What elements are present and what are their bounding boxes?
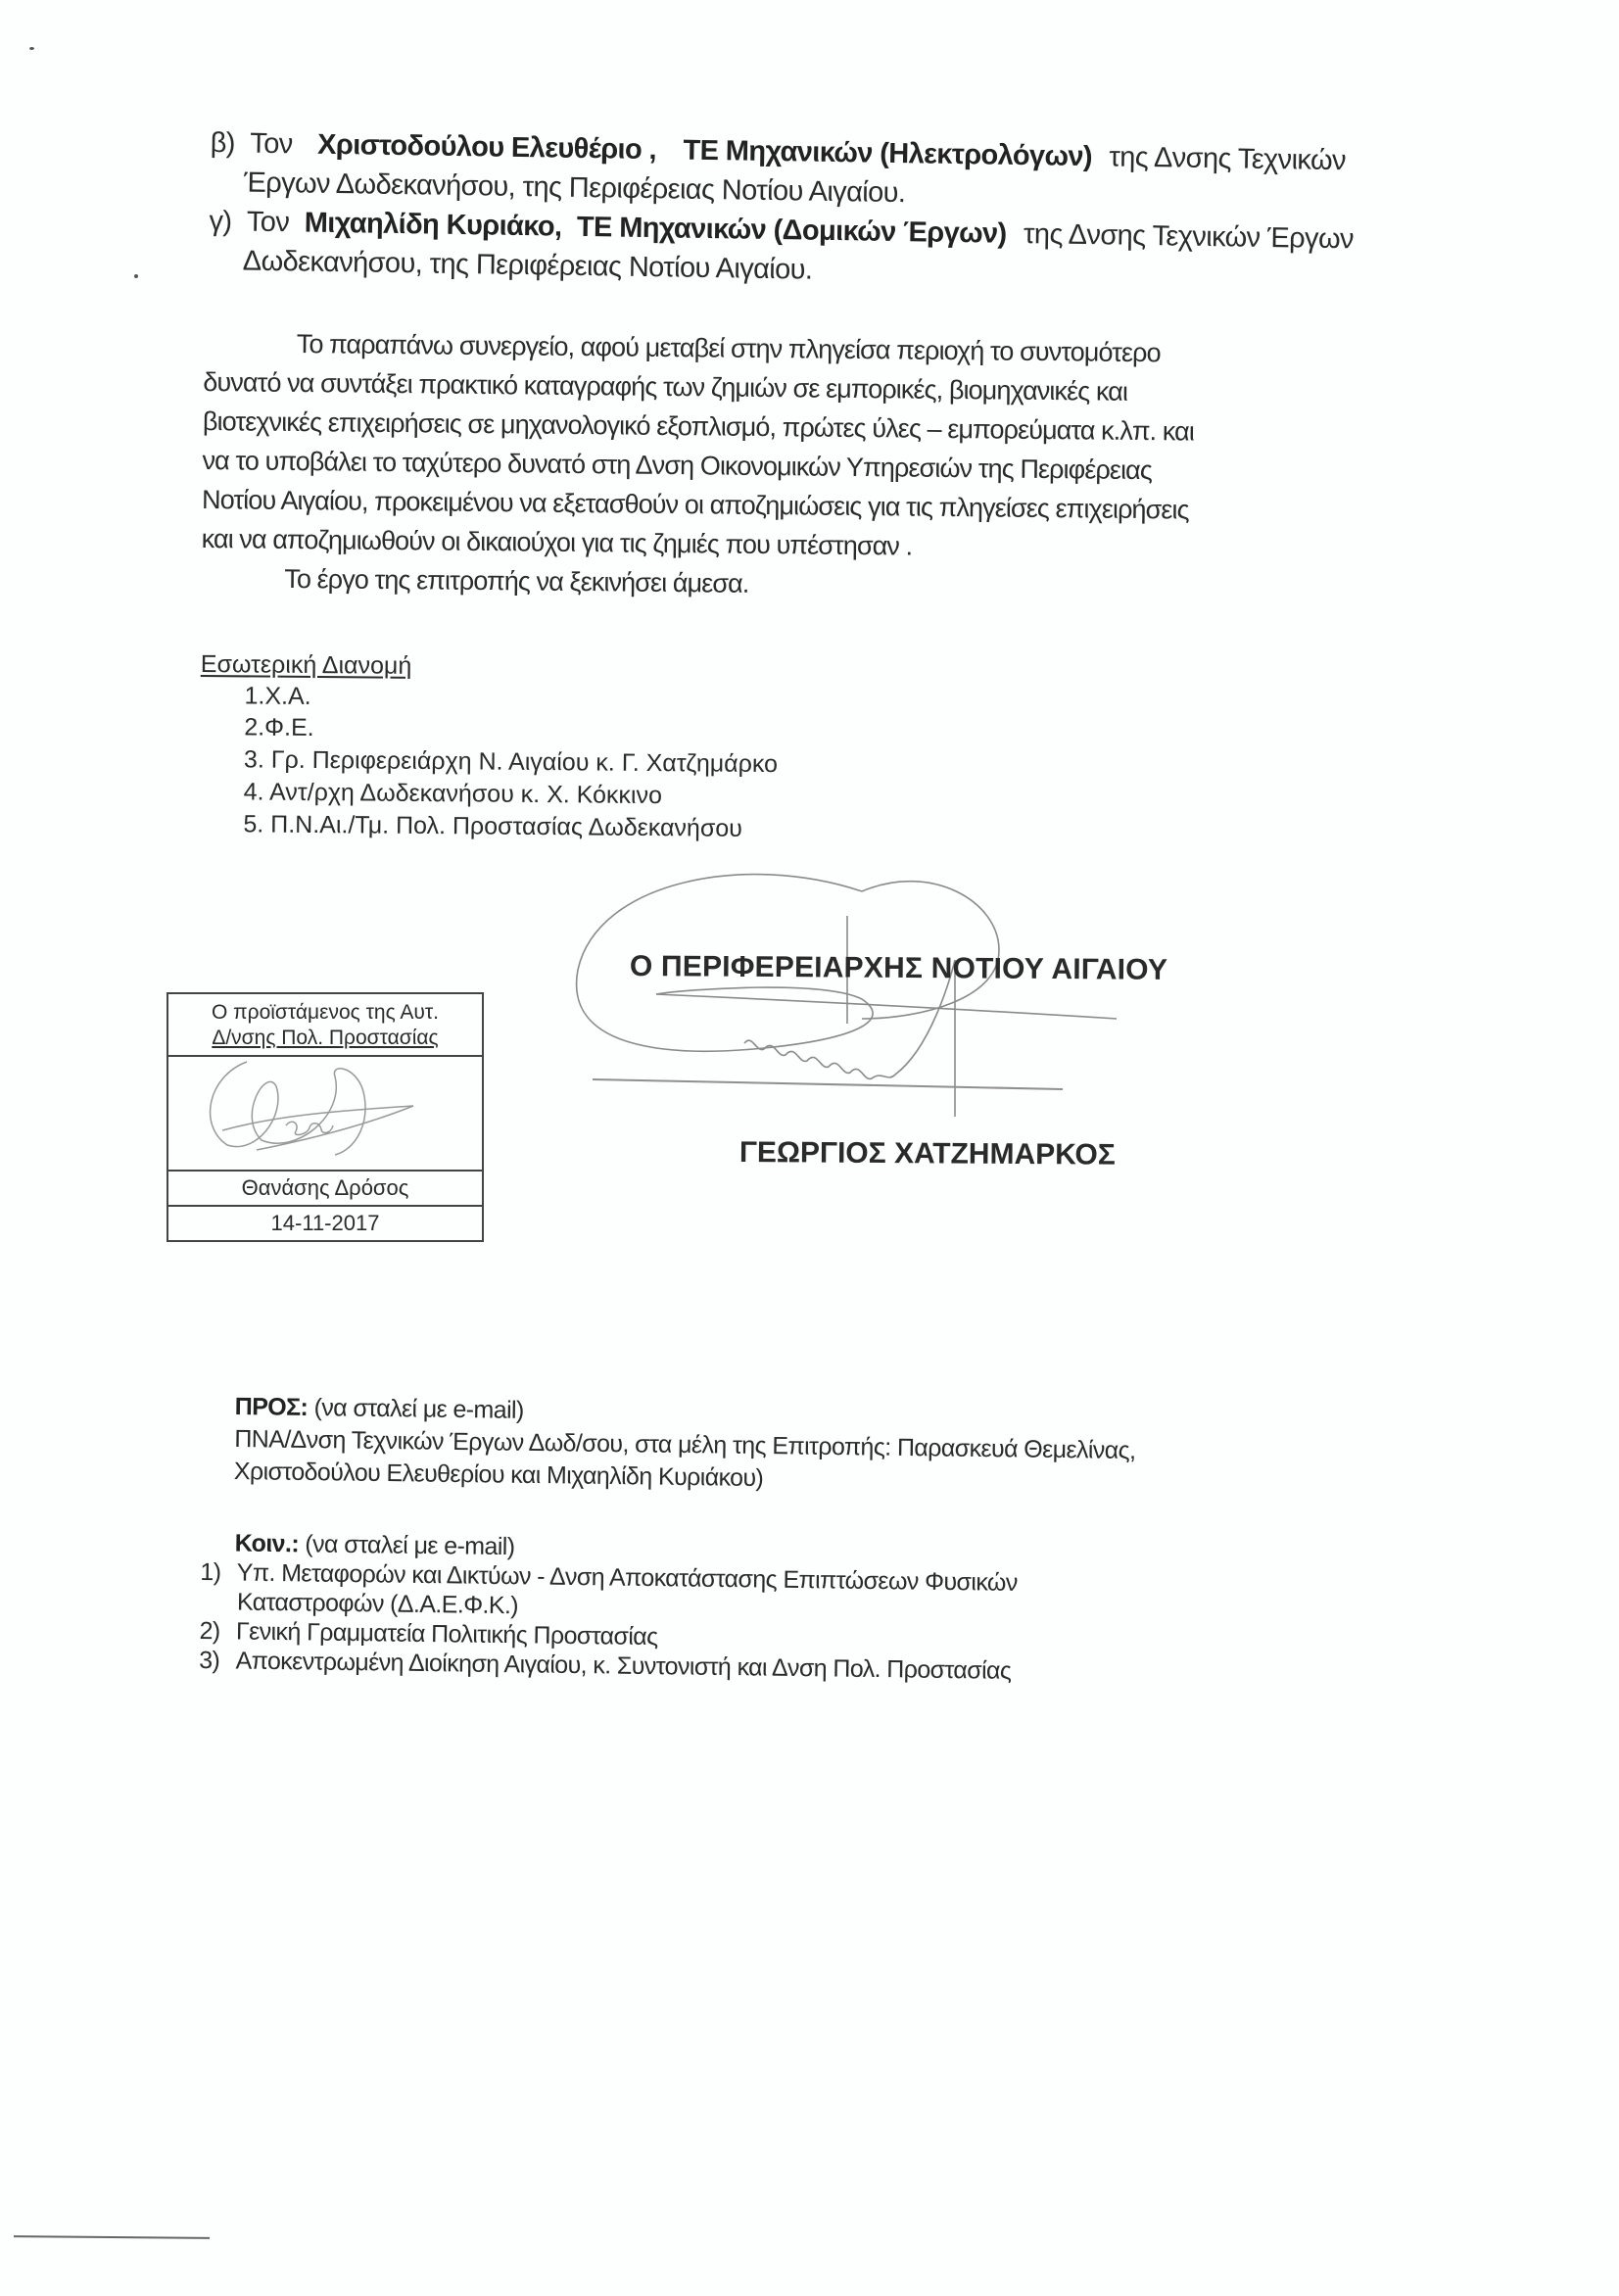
stamp-header-line: Ο προϊστάμενος της Αυτ.: [172, 1000, 478, 1026]
member-name: Μιχαηλίδη Κυριάκο,: [304, 208, 561, 243]
stamp-signature-area: [168, 1057, 482, 1172]
cc-label: Κοιν.:: [235, 1529, 300, 1557]
distribution-item: 5. Π.Ν.Αι./Τμ. Πολ. Προστασίας Δωδεκανήσ…: [243, 806, 742, 845]
body-line: Το παραπάνω συνεργείο, αφού μεταβεί στην…: [297, 326, 1161, 370]
stamp-date: 14-11-2017: [168, 1207, 482, 1240]
approval-stamp: Ο προϊστάμενος της Αυτ. Δ/νσης Πολ. Προσ…: [167, 992, 484, 1242]
member-role: ΤΕ Μηχανικών (Ηλεκτρολόγων): [683, 135, 1092, 173]
member-b-line2: Έργων Δωδεκανήσου, της Περιφέρειας Νοτίο…: [244, 166, 906, 212]
body-line: Το έργο της επιτροπής να ξεκινήσει άμεσα…: [284, 561, 749, 601]
member-prefix: Τον: [250, 128, 293, 161]
governor-title: Ο ΠΕΡΙΦΕΡΕΙΑΡΧΗΣ ΝΟΤΙΟΥ ΑΙΓΑΙΟΥ: [630, 950, 1167, 987]
member-role: ΤΕ Μηχανικών (Δομικών Έργων): [577, 212, 1007, 250]
member-marker: γ): [209, 206, 231, 237]
member-c-line2: Δωδεκανήσου, της Περιφέρειας Νοτίου Αιγα…: [243, 244, 813, 288]
body-line: δυνατό να συντάξει πρακτικό καταγραφής τ…: [203, 364, 1127, 409]
cc-item: 3) Αποκεντρωμένη Διοίκηση Αιγαίου, κ. Συ…: [199, 1643, 1012, 1689]
body-line: βιοτεχνικές επιχειρήσεις σε μηχανολογικό…: [203, 404, 1194, 450]
to-label: ΠΡΟΣ:: [235, 1393, 309, 1421]
to-note: (να σταλεί με e-mail): [313, 1394, 523, 1424]
body-line: Νοτίου Αιγαίου, προκειμένου να εξετασθού…: [202, 482, 1189, 528]
member-name: Χριστοδούλου Ελευθέριο ,: [317, 129, 656, 166]
cc-item-number: 1): [200, 1558, 220, 1586]
document-page: β) Τον Χριστοδούλου Ελευθέριο , ΤΕ Μηχαν…: [0, 0, 1619, 2296]
scan-speck: [134, 274, 138, 278]
distribution-item: 2.Φ.Ε.: [244, 709, 314, 745]
to-line: Χριστοδούλου Ελευθερίου και Μιχαηλίδη Κυ…: [234, 1454, 764, 1496]
member-prefix: Τον: [247, 207, 290, 239]
cc-item-number: 3): [199, 1647, 219, 1674]
body-line: και να αποζημιωθούν οι δικαιούχοι για τι…: [202, 521, 913, 564]
cc-item-text: Αποκεντρωμένη Διοίκηση Αιγαίου, κ. Συντο…: [235, 1647, 1011, 1684]
governor-name: ΓΕΩΡΓΙΟΣ ΧΑΤΖΗΜΑΡΚΟΣ: [739, 1136, 1116, 1172]
scan-speck: [29, 47, 34, 50]
member-dept: της Δνσης Τεχνικών Έργων: [1024, 218, 1354, 255]
stamp-header-line: Δ/νσης Πολ. Προστασίας: [172, 1026, 478, 1051]
cc-item-number: 2): [199, 1617, 219, 1645]
stamp-signer-name: Θανάσης Δρόσος: [168, 1172, 482, 1207]
stamp-header: Ο προϊστάμενος της Αυτ. Δ/νσης Πολ. Προσ…: [168, 994, 482, 1057]
member-dept: της Δνσης Τεχνικών: [1109, 141, 1346, 176]
member-marker: β): [210, 127, 235, 159]
stamp-signature: [168, 1057, 482, 1170]
committee-members: β) Τον Χριστοδούλου Ελευθέριο , ΤΕ Μηχαν…: [211, 125, 1366, 144]
scan-edge-line: [14, 2235, 210, 2239]
body-line: να το υποβάλει το ταχύτερο δυνατό στη Δν…: [202, 443, 1152, 488]
body-paragraph: Το παραπάνω συνεργείο, αφού μεταβεί στην…: [204, 325, 1359, 337]
